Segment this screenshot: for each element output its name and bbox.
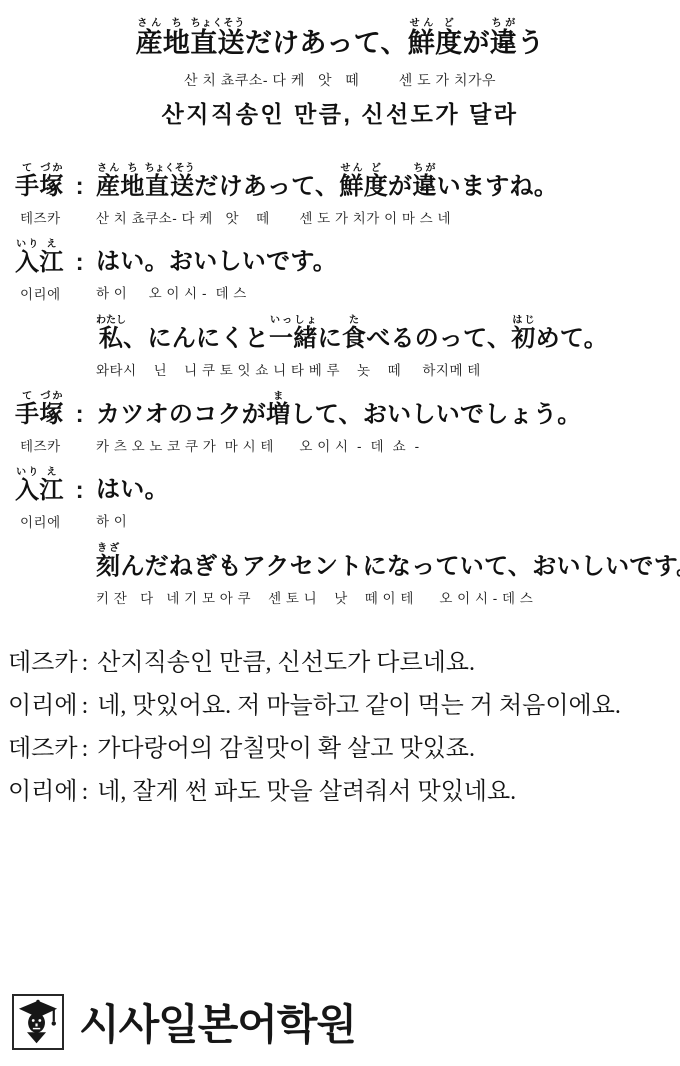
dialogue-content: 産さん地ち直送ちょくそうだけあって、鮮せん度どが違ちがいますね。 산 치 쵸쿠소… <box>96 163 680 228</box>
dialogue-japanese: 刻きざんだねぎもアクセントになっていて、おいしいです。 <box>96 543 680 590</box>
translation-colon: : <box>82 779 89 805</box>
speaker-name-korean: 이리에 <box>20 286 96 304</box>
translation-text: 네, 잘게 썬 파도 맛을 살려줘서 맛있네요. <box>97 779 516 805</box>
translation-colon: : <box>82 693 89 719</box>
speaker-name-korean: 이리에 <box>20 514 96 532</box>
dialogue-content: はい。 하 이 <box>96 467 680 531</box>
dialogue-row-3: 私わたし、にんにくと一緒いっしょに食たべるのって、初はじめて。 와타시 닌 니 … <box>15 315 680 380</box>
dialogue-japanese: はい。 <box>96 467 680 513</box>
translation-line-1: 데즈카:산지직송인 만큼, 신선도가 다르네요. <box>8 642 680 685</box>
translation-line-4: 이리에:네, 잘게 썬 파도 맛을 살려줘서 맛있네요. <box>8 771 680 814</box>
dialogue-japanese: カツオのコクが増まして、おいしいでしょう。 <box>96 391 680 438</box>
speaker-colon: : <box>76 477 84 504</box>
speaker-name-japanese: 入いり江え <box>15 249 64 276</box>
dialogue-pronunciation: 하 이 <box>96 513 680 531</box>
title-japanese: 産さん地ち直送ちょくそうだけあって、鮮せん度どが違ちがう <box>0 18 680 70</box>
speaker-cell: 手て塚づか: 테즈카 <box>15 163 96 228</box>
translation-line-3: 데즈카:가다랑어의 감칠맛이 확 살고 맛있죠. <box>8 728 680 771</box>
translation-colon: : <box>82 650 89 676</box>
dialogue-row-2: 入いり江え: 이리에 はい。おいしいです。 하 이 오 이 시 - 데 스 <box>15 239 680 304</box>
speaker-cell: 入いり江え: 이리에 <box>15 467 96 532</box>
speaker-colon: : <box>76 401 84 428</box>
translation-text: 산지직송인 만큼, 신선도가 다르네요. <box>97 650 475 676</box>
dialogue-pronunciation: 산 치 쵸쿠소- 다 케 앗 떼 센 도 가 치가 이 마 스 네 <box>96 210 680 228</box>
dialogue-section: 手て塚づか: 테즈카 産さん地ち直送ちょくそうだけあって、鮮せん度どが違ちがいま… <box>0 163 680 608</box>
academy-logo-text: 시사일본어학원 <box>79 992 356 1052</box>
dialogue-content: 私わたし、にんにくと一緒いっしょに食たべるのって、初はじめて。 와타시 닌 니 … <box>96 315 680 380</box>
dialogue-content: カツオのコクが増まして、おいしいでしょう。 카 츠 오 노 코 쿠 가 마 시 … <box>96 391 680 456</box>
dialogue-pronunciation: 하 이 오 이 시 - 데 스 <box>96 285 680 303</box>
speaker-name-japanese: 手て塚づか <box>15 173 64 200</box>
dialogue-pronunciation: 와타시 닌 니 쿠 토 잇 쇼 니 타 베 루 놋 떼 하지메 테 <box>96 362 680 380</box>
translation-speaker: 데즈카 <box>8 650 78 676</box>
translation-colon: : <box>82 736 89 762</box>
dialogue-content: 刻きざんだねぎもアクセントになっていて、おいしいです。 키 잔 다 네 기 모 … <box>96 543 680 608</box>
scholar-graduation-cap-icon <box>12 994 64 1050</box>
translation-text: 네, 맛있어요. 저 마늘하고 같이 먹는 거 처음이에요. <box>97 693 621 719</box>
speaker-name-japanese: 手て塚づか <box>15 401 64 428</box>
translation-speaker: 데즈카 <box>8 736 78 762</box>
dialogue-japanese: 私わたし、にんにくと一緒いっしょに食たべるのって、初はじめて。 <box>96 315 680 362</box>
dialogue-pronunciation: 키 잔 다 네 기 모 아 쿠 센 토 니 낫 떼 이 테 오 이 시 - 데 … <box>96 590 680 608</box>
speaker-cell: 手て塚づか: 테즈카 <box>15 391 96 456</box>
title-block: 産さん地ち直送ちょくそうだけあって、鮮せん度どが違ちがう 산 치 쵸쿠소- 다 … <box>0 0 680 129</box>
speaker-name-korean: 테즈카 <box>20 438 96 456</box>
translation-text: 가다랑어의 감칠맛이 확 살고 맛있죠. <box>97 736 475 762</box>
dialogue-japanese: はい。おいしいです。 <box>96 239 680 285</box>
lesson-sheet: 産さん地ち直送ちょくそうだけあって、鮮せん度どが違ちがう 산 치 쵸쿠소- 다 … <box>0 0 680 1066</box>
translation-line-2: 이리에:네, 맛있어요. 저 마늘하고 같이 먹는 거 처음이에요. <box>8 685 680 728</box>
translation-speaker: 이리에 <box>8 693 78 719</box>
dialogue-pronunciation: 카 츠 오 노 코 쿠 가 마 시 테 오 이 시 - 데 쇼 - <box>96 438 680 456</box>
korean-translation-section: 데즈카:산지직송인 만큼, 신선도가 다르네요. 이리에:네, 맛있어요. 저 … <box>8 642 680 814</box>
dialogue-row-5: 入いり江え: 이리에 はい。 하 이 <box>15 467 680 532</box>
dialogue-row-1: 手て塚づか: 테즈카 産さん地ち直送ちょくそうだけあって、鮮せん度どが違ちがいま… <box>15 163 680 228</box>
speaker-name-korean: 테즈카 <box>20 210 96 228</box>
title-korean-translation: 산지직송인 만큼, 신선도가 달라 <box>0 96 680 129</box>
translation-speaker: 이리에 <box>8 779 78 805</box>
dialogue-row-6: 刻きざんだねぎもアクセントになっていて、おいしいです。 키 잔 다 네 기 모 … <box>15 543 680 608</box>
speaker-colon: : <box>76 173 84 200</box>
dialogue-content: はい。おいしいです。 하 이 오 이 시 - 데 스 <box>96 239 680 303</box>
speaker-name-japanese: 入いり江え <box>15 477 64 504</box>
title-pronunciation: 산 치 쵸쿠소- 다 케 앗 떼 센 도 가 치가우 <box>0 71 680 89</box>
speaker-colon: : <box>76 249 84 276</box>
speaker-cell: 入いり江え: 이리에 <box>15 239 96 304</box>
dialogue-japanese: 産さん地ち直送ちょくそうだけあって、鮮せん度どが違ちがいますね。 <box>96 163 680 210</box>
dialogue-row-4: 手て塚づか: 테즈카 カツオのコクが増まして、おいしいでしょう。 카 츠 오 노… <box>15 391 680 456</box>
footer-logo: 시사일본어학원 <box>12 992 356 1052</box>
